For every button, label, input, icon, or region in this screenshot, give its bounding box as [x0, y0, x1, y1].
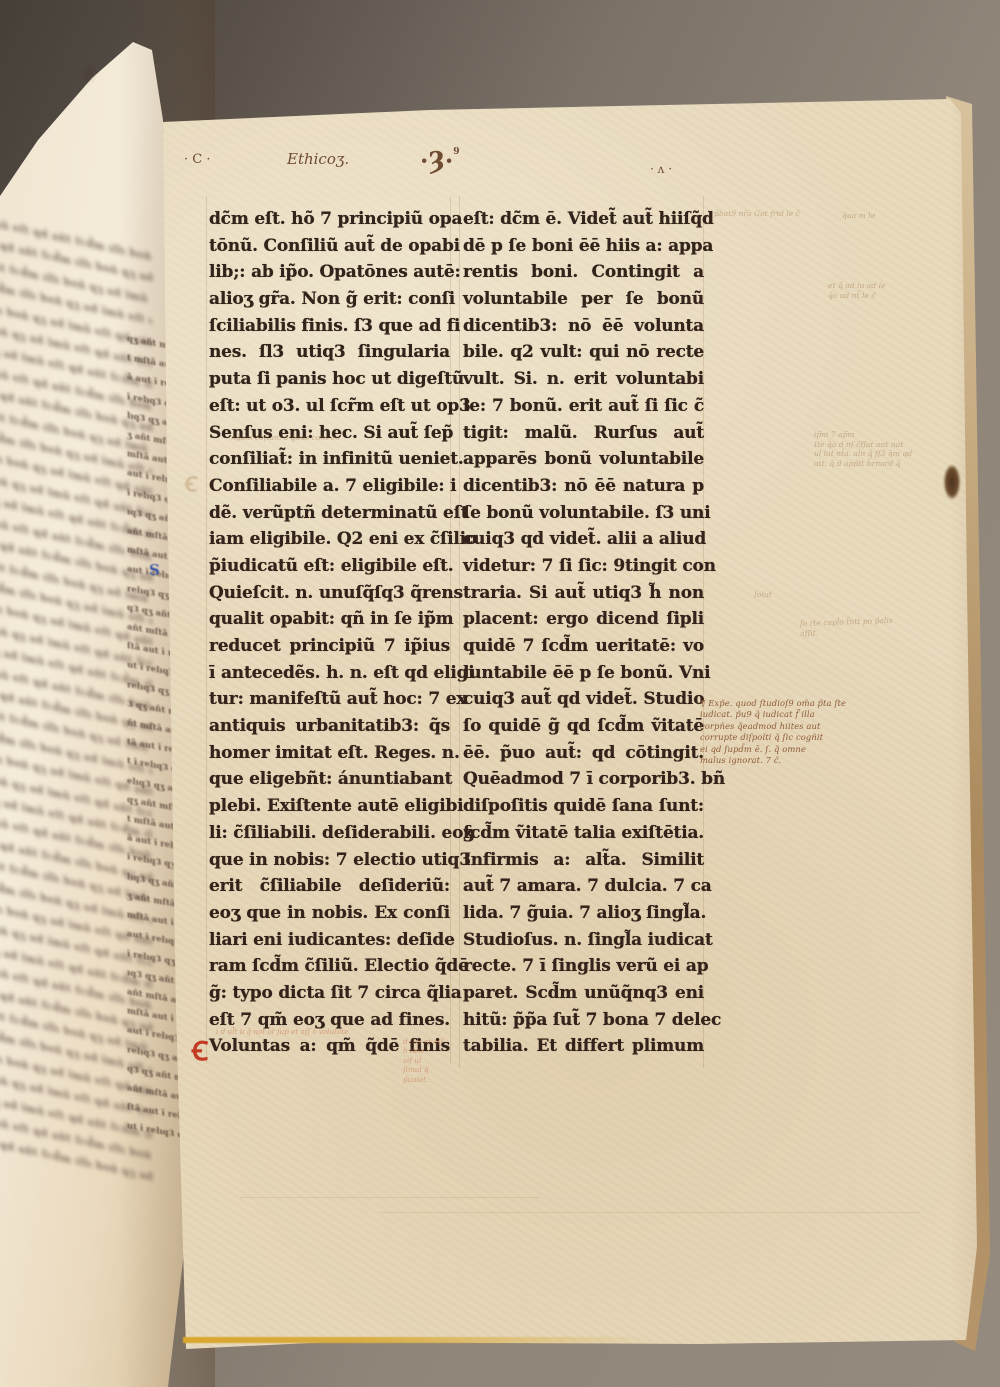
intercolumn-gloss: d ſup et aſſh tateviſ ulſimul q̃p̃ualet. [403, 1037, 483, 1084]
manuscript-text-line: dicentib3: nō ēē natura p [463, 473, 704, 500]
faded-margin-note: ip̃m 7 ap̃mIte q̃a d nſ c̃ſſat ant natul… [814, 430, 974, 468]
manuscript-text-line: lib;: ab ip̃o. Opatōnes autē: [209, 259, 450, 286]
gloss-line: ei qd ſupd̃m ē. ſ. q̃ omne [700, 744, 855, 755]
marginal-gloss: ¶ Exp̃e. quod ſtudioſ9 om̃a p̃ta ſteiudi… [700, 698, 855, 766]
manuscript-text-line: cuiq3 aut̃ qd videt̃. Studio [463, 686, 704, 713]
manuscript-text-line: paret. Scd̃m unũq̃nq3 eni [463, 980, 704, 1007]
manuscript-text-line: luntabile ēē p ſe bonũ. Vni [463, 660, 704, 687]
faded-margin-note: q̃ua m le [842, 211, 932, 221]
manuscript-text-line: conſiliat̃: in infinitũ ueniet. [209, 446, 450, 473]
manuscript-text-line: Quieſcit. n. unuſq̃ſq3 q̃rens [209, 580, 450, 607]
red-interlinear-gloss: i d ul̃t b q̃ not ot ſup et aſſ c̃ volut… [216, 1027, 476, 1036]
header-right-mark: · ʌ · [650, 162, 672, 176]
manuscript-text-line: rentis boni. Contingit a [463, 259, 704, 286]
manuscript-text-line: dc̃m eſt. hõ 7 principiũ opa [209, 206, 450, 233]
manuscript-text-line: videtur: 7 ſi ſic: 9tingit con [463, 553, 704, 580]
faded-note-line: att. q̃ d app̃tt b̃rnard q̃ [814, 459, 974, 469]
text-column-left: dc̃m eſt. hõ 7 principiũ opatōnũ. Conſil… [209, 206, 450, 1060]
faded-margin-note: et q̃ ad iu ad leq̃a ad nt̃ le c̃ [828, 281, 958, 300]
manuscript-text-line: eſt: ut o3. ul ſcr̃m eſt ut op3 [209, 393, 450, 420]
faded-note-line: h tate [403, 1046, 483, 1055]
faded-note-line: ip̃m 7 ap̃m [814, 430, 974, 440]
manuscript-text-line: placent: ergo dicend ſipli [463, 606, 704, 633]
manuscript-text-line: nes. ſl3 utiq3 ſingularia [209, 339, 450, 366]
manuscript-text-line: recte. 7 ī ſinglis verũ ei ap [463, 953, 704, 980]
manuscript-text-line: eſt: dc̃m ē. Videt̃ aut̃ hiiſq̃d [463, 206, 704, 233]
red-paragraph-initial: Ꞓ [192, 1039, 209, 1067]
text-column-right: eſt: dc̃m ē. Videt̃ aut̃ hiiſq̃ddē p ſe … [463, 206, 704, 1060]
manuscript-text-line: diſpoſitis quidē ſana ſunt: [463, 793, 704, 820]
manuscript-text-line: ſcd̃m ṽitatē talia exiſtētia. [463, 820, 704, 847]
manuscript-text-line: que in nobis: 7 electio utiq3 [209, 847, 450, 874]
manuscript-text-line: le: 7 bonũ. erit aut̃ ſi ſic c̃ [463, 393, 704, 420]
manuscript-text-line: Quēadmod 7 ī corporib3. bñ [463, 766, 704, 793]
faded-note-line: p̃ualet. [403, 1075, 483, 1084]
interlinear-gloss: ng̃am coſt̃am a g̃dus cont eo [231, 433, 446, 443]
manuscript-text-line: p̃iudicatũ eſt: eligibile eſt. [209, 553, 450, 580]
faded-margin-paraph: Ꞓ [185, 470, 197, 497]
manuscript-text-line: tigit: malũ. Rurſus aut̃ [463, 420, 704, 447]
manuscript-text-line: voluntabile per ſe bonũ [463, 286, 704, 313]
manuscript-text-line: ſo quidē g̃ qd ſcd̃m ṽitatē [463, 713, 704, 740]
faded-note-line: q̃a ad nt̃ le c̃ [828, 291, 958, 301]
manuscript-text-line: lida. 7 g̃uia. 7 alioʒ ſingl̃a. [463, 900, 704, 927]
page-bottom-yellow-edge [183, 1337, 653, 1343]
manuscript-text-line: reducet principiũ 7 ip̃ius [209, 633, 450, 660]
faded-note-line: d ſup et aſſ [403, 1037, 483, 1046]
manuscript-text-line: aut̃ 7 amara. 7 dulcia. 7 ca [463, 873, 704, 900]
manuscript-text-line: ram ſcd̃m c̃ſiliũ. Electio q̃dē [209, 953, 450, 980]
manuscript-text-line: tōnũ. Conſiliũ aut̃ de opabi [209, 233, 450, 260]
gloss-line: corpñes q̃eadmod hiites aut [700, 721, 855, 732]
facing-page-blue-initial: S [149, 561, 160, 579]
manuscript-text-line: Studioſus. n. ſingl̃a iudicat [463, 927, 704, 954]
manuscript-text-line: liari eni iudicantes: deſide [209, 927, 450, 954]
gloss-line: ¶ Exp̃e. quod ſtudioſ9 om̃a p̃ta ſte [700, 698, 855, 709]
header-left-mark: · C · [184, 152, 210, 167]
manuscript-text-line: ſe bonũ voluntabile. ſ3 uni [463, 500, 704, 527]
manuscript-text-line: traria. Si aut̃ utiq3 h̃ non [463, 580, 704, 607]
faded-note-line: Ite q̃a d nſ c̃ſſat ant nat [814, 440, 974, 450]
manuscript-text-line: cuiq3 qd videt̃. alii a aliud [463, 526, 704, 553]
manuscript-text-line: Conſiliabile a. 7 eligibile: i [209, 473, 450, 500]
manuscript-text-line: dẽ. verũptñ determinatũ eſt [209, 500, 450, 527]
running-title: Ethicoʒ. [287, 150, 349, 168]
book-numeral: ·Ȝ· [420, 146, 453, 175]
ruling-line-horizontal [380, 1212, 920, 1213]
manuscript-text-line: ēē. p̃uo aut̃: qd cōtingit. [463, 740, 704, 767]
manuscript-text-line: antiquis urbanitatib3: q̃s [209, 713, 450, 740]
manuscript-text-line: quidē 7 ſcd̃m ueritatē: vo [463, 633, 704, 660]
manuscript-text-line: ī antecedẽs. h. n. eſt qd eligi [209, 660, 450, 687]
manuscript-text-line: erit c̃ſiliabile deſideriũ: [209, 873, 450, 900]
manuscript-text-line: vult. Si. n. erit voluntabi [463, 366, 704, 393]
ruling-line-horizontal [240, 1197, 540, 1198]
manuscript-text-line: hitũ: p̃p̃a ſut̃ 7 bona 7 delec [463, 1007, 704, 1034]
manuscript-photo: ĩmũ eſt qd añt ſcd̃m ıllı boñ qʒ adſt qd… [0, 0, 1000, 1387]
gloss-line: malus ignorat. 7 c̃. [700, 755, 855, 766]
faded-margin-word: ſolut [754, 590, 824, 600]
manuscript-text-line: qualit opabit: qñ in ſe ip̃m [209, 606, 450, 633]
manuscript-text-line: Infirmis a: alt̃a. Similit [463, 847, 704, 874]
manuscript-text-line: bile. q2 vult: qui nō recte [463, 339, 704, 366]
ruling-line-vertical [206, 196, 207, 1064]
fore-edge-knot [944, 465, 960, 499]
book-number: ·Ȝ·9 [420, 146, 460, 175]
manuscript-text-line: dicentib3: nō ēē volunta [463, 313, 704, 340]
faded-note-line: ul lat nt̃a. aln q̃ ſſ3 q̃m qd [814, 449, 974, 459]
gloss-line: iudicat. p̃u9 q̃ iudicat f̃ illa [700, 709, 855, 720]
manuscript-text-line: que eligebñt: ánuntiabant [209, 766, 450, 793]
manuscript-text-line: g̃: typo dicta ſit 7 circa q̃lia [209, 980, 450, 1007]
manuscript-text-line: iam eligibile. Q2 eni ex c̃ſilio [209, 526, 450, 553]
numeral-flourish: 9 [453, 147, 459, 157]
manuscript-text-line: plebi. Exiſtente autē eligibi [209, 793, 450, 820]
gloss-line: corrupte diſpoĩti q̃ ſic cogñit [700, 732, 855, 743]
faded-note-line: viſ ul [403, 1056, 483, 1065]
manuscript-text-line: alioʒ gr̃a. Non g̃ erit: conſi [209, 286, 450, 313]
manuscript-text-line: puta ſi panis hoc ut digeſtũ [209, 366, 450, 393]
faded-note-line: et q̃ ad iu ad le [828, 281, 958, 291]
manuscript-text-line: eoʒ que in nobis. Ex conſi [209, 900, 450, 927]
faded-note-line: ſimul q̃ [403, 1065, 483, 1074]
manuscript-text-line: li: c̃ſiliabili. deſiderabili. eoʒ [209, 820, 450, 847]
manuscript-text-line: ſciliabilis finis. ſ3 que ad fi [209, 313, 450, 340]
manuscript-text-line: dē p ſe boni ēē hiis a: appa [463, 233, 704, 260]
manuscript-text-line: apparēs bonũ voluntabile [463, 446, 704, 473]
manuscript-text-line: homer imitat eſt. Reges. n. [209, 740, 450, 767]
manuscript-text-line: tabilia. Et differt plimum [463, 1033, 704, 1060]
manuscript-text-line: tur: manifeſtũ aut̃ hoc: 7 ex [209, 686, 450, 713]
